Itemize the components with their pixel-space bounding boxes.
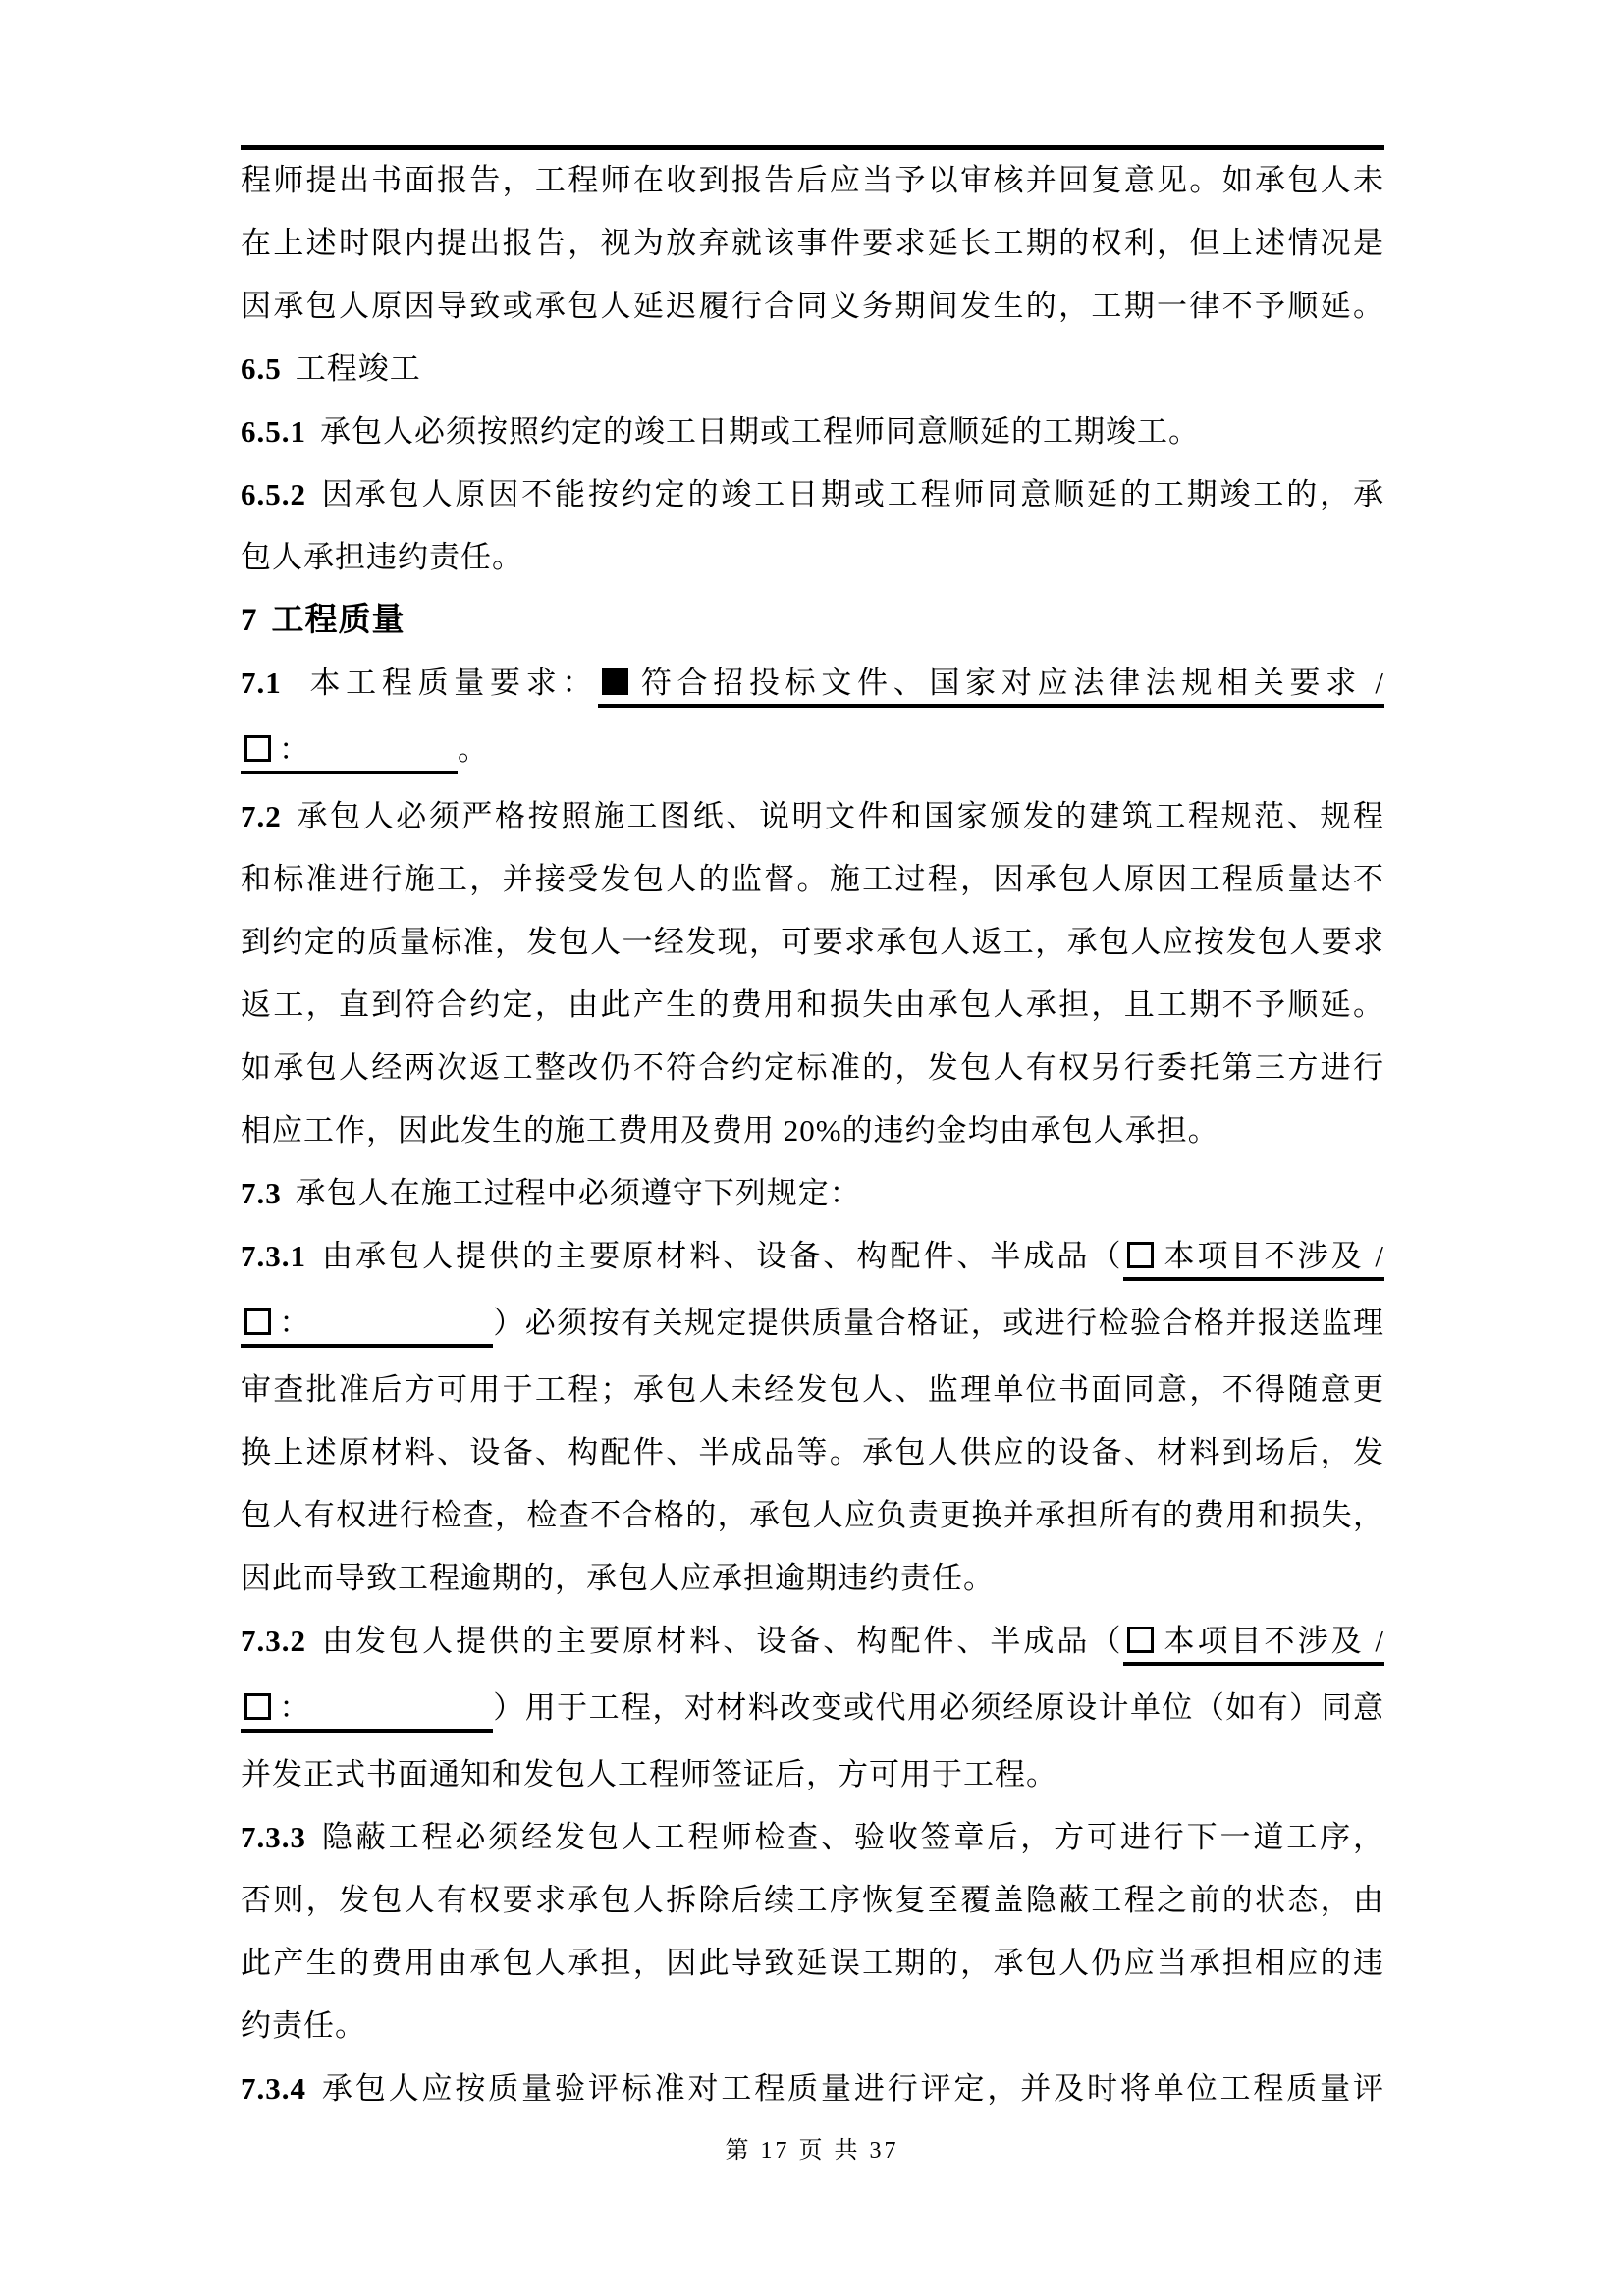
- section-number: 7.3: [241, 1176, 282, 1210]
- section-number: 6.5: [241, 351, 282, 386]
- clause-text: 由承包人提供的主要原材料、设备、构配件、半成品（: [320, 1239, 1123, 1273]
- line-text: 如承包人经两次返工整改仍不符合约定标准的，发包人有权另行委托第三方进行: [241, 1050, 1384, 1085]
- section-number: 7.3.4: [241, 2071, 306, 2106]
- section-number: 7.3.2: [241, 1624, 306, 1658]
- clause-text: 承包人在施工过程中必须遵守下列规定：: [296, 1176, 861, 1210]
- text-line: 因此而导致工程逾期的，承包人应承担逾期违约责任。: [241, 1547, 1384, 1610]
- text-line: 换上述原材料、设备、构配件、半成品等。承包人供应的设备、材料到场后，发: [241, 1421, 1384, 1484]
- text-line: 审查批准后方可用于工程；承包人未经发包人、监理单位书面同意，不得随意更: [241, 1359, 1384, 1421]
- line-text: 包人承担违约责任。: [241, 540, 523, 574]
- section-number: 7.3.3: [241, 1820, 306, 1854]
- line-text: 因此而导致工程逾期的，承包人应承担逾期违约责任。: [241, 1561, 995, 1595]
- unchecked-checkbox-icon: [1127, 1627, 1154, 1653]
- text-line: 包人有权进行检查，检查不合格的，承包人应负责更换并承担所有的费用和损失，: [241, 1484, 1384, 1547]
- text-line: 此产生的费用由承包人承担，因此导致延误工期的，承包人仍应当承担相应的违: [241, 1932, 1384, 1995]
- text-line: 在上述时限内提出报告，视为放弃就该事件要求延长工期的权利，但上述情况是: [241, 212, 1384, 275]
- section-number: 6.5.2: [241, 477, 306, 511]
- clause-6-5-2: 6.5.2因承包人原因不能按约定的竣工日期或工程师同意顺延的工期竣工的，承: [241, 463, 1384, 526]
- fill-in-blank-line: ：。: [241, 719, 1384, 781]
- text-line: 因承包人原因导致或承包人延迟履行合同义务期间发生的，工期一律不予顺延。: [241, 275, 1384, 338]
- contract-document-page: 程师提出书面报告，工程师在收到报告后应当予以审核并回复意见。如承包人未 在上述时…: [0, 0, 1624, 2296]
- clause-7-3-1: 7.3.1由承包人提供的主要原材料、设备、构配件、半成品（本项目不涉及 /: [241, 1225, 1384, 1288]
- blank-underline-field: [311, 1331, 493, 1333]
- section-number: 7.1: [241, 666, 282, 700]
- clause-text: 由发包人提供的主要原材料、设备、构配件、半成品（: [320, 1624, 1123, 1658]
- blank-underline-field: [311, 1716, 493, 1718]
- clause-6-5-1: 6.5.1承包人必须按照约定的竣工日期或工程师同意顺延的工期竣工。: [241, 400, 1384, 463]
- section-heading-7: 7工程质量: [241, 589, 1384, 652]
- clause-7-2: 7.2承包人必须严格按照施工图纸、说明文件和国家颁发的建筑工程规范、规程: [241, 785, 1384, 848]
- text-line: 相应工作，因此发生的施工费用及费用 20%的违约金均由承包人承担。: [241, 1099, 1384, 1162]
- clause-7-1: 7.1本工程质量要求：符合招投标文件、国家对应法律法规相关要求 /: [241, 652, 1384, 715]
- clause-text: 隐蔽工程必须经发包人工程师检查、验收签章后，方可进行下一道工序，: [320, 1820, 1384, 1854]
- text-line: 否则，发包人有权要求承包人拆除后续工序恢复至覆盖隐蔽工程之前的状态，由: [241, 1869, 1384, 1932]
- section-heading-6-5: 6.5工程竣工: [241, 338, 1384, 400]
- line-text: 程师提出书面报告，工程师在收到报告后应当予以审核并回复意见。如承包人未: [241, 163, 1384, 197]
- section-number: 7: [241, 603, 258, 638]
- line-text: 并发正式书面通知和发包人工程师签证后，方可用于工程。: [241, 1757, 1057, 1791]
- text-line: 如承包人经两次返工整改仍不符合约定标准的，发包人有权另行委托第三方进行: [241, 1037, 1384, 1099]
- checked-checkbox-icon: [602, 668, 628, 695]
- clause-7-3: 7.3承包人在施工过程中必须遵守下列规定：: [241, 1162, 1384, 1225]
- page-footer: 第 17 页 共 37: [0, 2130, 1624, 2164]
- text-line: 返工，直到符合约定，由此产生的费用和损失由承包人承担，且工期不予顺延。: [241, 974, 1384, 1037]
- fill-in-blank-line: ：）用于工程，对材料改变或代用必须经原设计单位（如有）同意: [241, 1677, 1384, 1739]
- underlined-blank-option: ：: [241, 1306, 493, 1348]
- line-text: 返工，直到符合约定，由此产生的费用和损失由承包人承担，且工期不予顺延。: [241, 988, 1384, 1022]
- underlined-selected-option: 本项目不涉及 /: [1123, 1624, 1384, 1666]
- text-line: 并发正式书面通知和发包人工程师签证后，方可用于工程。: [241, 1743, 1384, 1806]
- option-text: 本项目不涉及 /: [1162, 1624, 1384, 1658]
- unchecked-checkbox-icon: [244, 735, 271, 762]
- line-text: 和标准进行施工，并接受发包人的监督。施工过程，因承包人原因工程质量达不: [241, 862, 1384, 896]
- blank-underline-field: [310, 758, 458, 760]
- clause-7-3-4: 7.3.4承包人应按质量验评标准对工程质量进行评定，并及时将单位工程质量评: [241, 2057, 1384, 2120]
- text-line: 到约定的质量标准，发包人一经发现，可要求承包人返工，承包人应按发包人要求: [241, 911, 1384, 974]
- period-text: 。: [458, 732, 489, 767]
- line-text: 到约定的质量标准，发包人一经发现，可要求承包人返工，承包人应按发包人要求: [241, 925, 1384, 959]
- text-line: 包人承担违约责任。: [241, 526, 1384, 589]
- underlined-blank-option: ：: [241, 732, 458, 774]
- line-text: ）必须按有关规定提供质量合格证，或进行检验合格并报送监理: [493, 1306, 1384, 1340]
- text-line: 程师提出书面报告，工程师在收到报告后应当予以审核并回复意见。如承包人未: [241, 149, 1384, 212]
- clause-text: 承包人必须按照约定的竣工日期或工程师同意顺延的工期竣工。: [320, 414, 1200, 449]
- line-text: 约责任。: [241, 2008, 366, 2043]
- colon-text: ：: [279, 1690, 311, 1725]
- page-number-indicator: 第 17 页 共 37: [726, 2138, 899, 2163]
- line-text: 否则，发包人有权要求承包人拆除后续工序恢复至覆盖隐蔽工程之前的状态，由: [241, 1883, 1384, 1917]
- document-body: 程师提出书面报告，工程师在收到报告后应当予以审核并回复意见。如承包人未 在上述时…: [241, 149, 1384, 2120]
- line-text: 因承包人原因导致或承包人延迟履行合同义务期间发生的，工期一律不予顺延。: [241, 289, 1384, 323]
- fill-in-blank-line: ：）必须按有关规定提供质量合格证，或进行检验合格并报送监理: [241, 1292, 1384, 1355]
- unchecked-checkbox-icon: [1127, 1242, 1154, 1268]
- clause-7-3-3: 7.3.3隐蔽工程必须经发包人工程师检查、验收签章后，方可进行下一道工序，: [241, 1806, 1384, 1869]
- section-number: 7.2: [241, 799, 282, 833]
- clause-7-3-2: 7.3.2由发包人提供的主要原材料、设备、构配件、半成品（本项目不涉及 /: [241, 1610, 1384, 1673]
- text-line: 约责任。: [241, 1995, 1384, 2057]
- option-text: 符合招投标文件、国家对应法律法规相关要求 /: [636, 666, 1384, 700]
- clause-text: 本工程质量要求：: [305, 666, 598, 700]
- line-text: 在上述时限内提出报告，视为放弃就该事件要求延长工期的权利，但上述情况是: [241, 226, 1384, 260]
- line-text: 包人有权进行检查，检查不合格的，承包人应负责更换并承担所有的费用和损失，: [241, 1498, 1384, 1532]
- clause-text: 承包人应按质量验评标准对工程质量进行评定，并及时将单位工程质量评: [320, 2071, 1384, 2106]
- line-text: 换上述原材料、设备、构配件、半成品等。承包人供应的设备、材料到场后，发: [241, 1435, 1384, 1469]
- clause-text: 因承包人原因不能按约定的竣工日期或工程师同意顺延的工期竣工的，承: [320, 477, 1384, 511]
- option-text: 本项目不涉及 /: [1162, 1239, 1384, 1273]
- section-number: 6.5.1: [241, 414, 306, 449]
- unchecked-checkbox-icon: [244, 1693, 271, 1720]
- line-text: 相应工作，因此发生的施工费用及费用 20%的违约金均由承包人承担。: [241, 1113, 1219, 1148]
- section-title: 工程竣工: [296, 351, 421, 386]
- section-title: 工程质量: [272, 603, 406, 638]
- underlined-blank-option: ：: [241, 1690, 493, 1733]
- underlined-selected-option: 本项目不涉及 /: [1123, 1239, 1384, 1281]
- line-text: ）用于工程，对材料改变或代用必须经原设计单位（如有）同意: [493, 1690, 1384, 1725]
- colon-text: ：: [279, 732, 310, 767]
- section-number: 7.3.1: [241, 1239, 306, 1273]
- line-text: 此产生的费用由承包人承担，因此导致延误工期的，承包人仍应当承担相应的违: [241, 1946, 1384, 1980]
- clause-text: 承包人必须严格按照施工图纸、说明文件和国家颁发的建筑工程规范、规程: [296, 799, 1384, 833]
- line-text: 审查批准后方可用于工程；承包人未经发包人、监理单位书面同意，不得随意更: [241, 1372, 1384, 1407]
- colon-text: ：: [279, 1306, 311, 1340]
- text-line: 和标准进行施工，并接受发包人的监督。施工过程，因承包人原因工程质量达不: [241, 848, 1384, 911]
- underlined-selected-option: 符合招投标文件、国家对应法律法规相关要求 /: [598, 666, 1384, 708]
- unchecked-checkbox-icon: [244, 1308, 271, 1335]
